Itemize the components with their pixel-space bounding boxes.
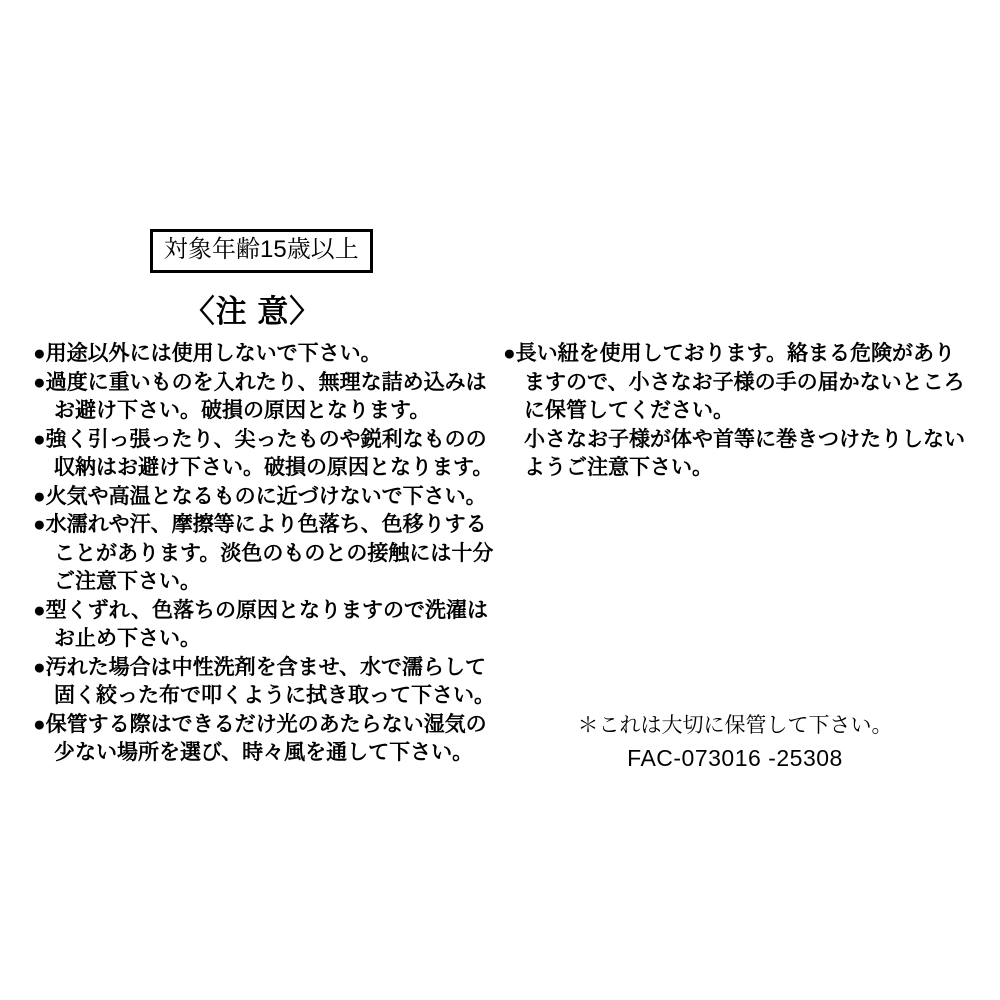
age-restriction-label: 対象年齢15歳以上 <box>164 236 359 263</box>
caution-item-fire-heat: ●火気や高温となるものに近づけないで下さい。 <box>33 483 495 512</box>
caution-item-overloading: ●過度に重いものを入れたり、無理な詰め込みは お避け下さい。破損の原因となります… <box>33 369 495 426</box>
caution-title: 〈注 意〉 <box>140 286 365 331</box>
caution-item-color-transfer: ●水濡れや汗、摩擦等により色落ち、色移りする ことがあります。淡色のものとの接触… <box>33 511 495 597</box>
caution-item-storage: ●保管する際はできるだけ光のあたらない湿気の 少ない場所を選び、時々風を通して下… <box>33 711 495 768</box>
caution-list-right: ●長い紐を使用しております。絡まる危険があり ますので、小さなお子様の手の届かな… <box>503 340 965 483</box>
product-code: FAC-073016 -25308 <box>555 743 915 773</box>
age-restriction-box: 対象年齢15歳以上 <box>150 229 373 273</box>
caution-list-left: ●用途以外には使用しないで下さい。●過度に重いものを入れたり、無理な詰め込みは … <box>33 340 495 768</box>
caution-label-page: 対象年齢15歳以上 〈注 意〉 ●用途以外には使用しないで下さい。●過度に重いも… <box>0 0 1000 1000</box>
keep-note: ＊これは大切に保管して下さい。 <box>555 711 915 741</box>
caution-item-sharp-objects: ●強く引っ張ったり、尖ったものや鋭利なものの 収納はお避け下さい。破損の原因とな… <box>33 426 495 483</box>
caution-item-no-washing: ●型くずれ、色落ちの原因となりますので洗濯は お止め下さい。 <box>33 597 495 654</box>
caution-item-cleaning: ●汚れた場合は中性洗剤を含ませ、水で濡らして 固く絞った布で叩くように拭き取って… <box>33 654 495 711</box>
caution-item-long-cord: ●長い紐を使用しております。絡まる危険があり ますので、小さなお子様の手の届かな… <box>503 340 965 483</box>
footer: ＊これは大切に保管して下さい。 FAC-073016 -25308 <box>555 711 915 773</box>
caution-item-intended-use: ●用途以外には使用しないで下さい。 <box>33 340 495 369</box>
